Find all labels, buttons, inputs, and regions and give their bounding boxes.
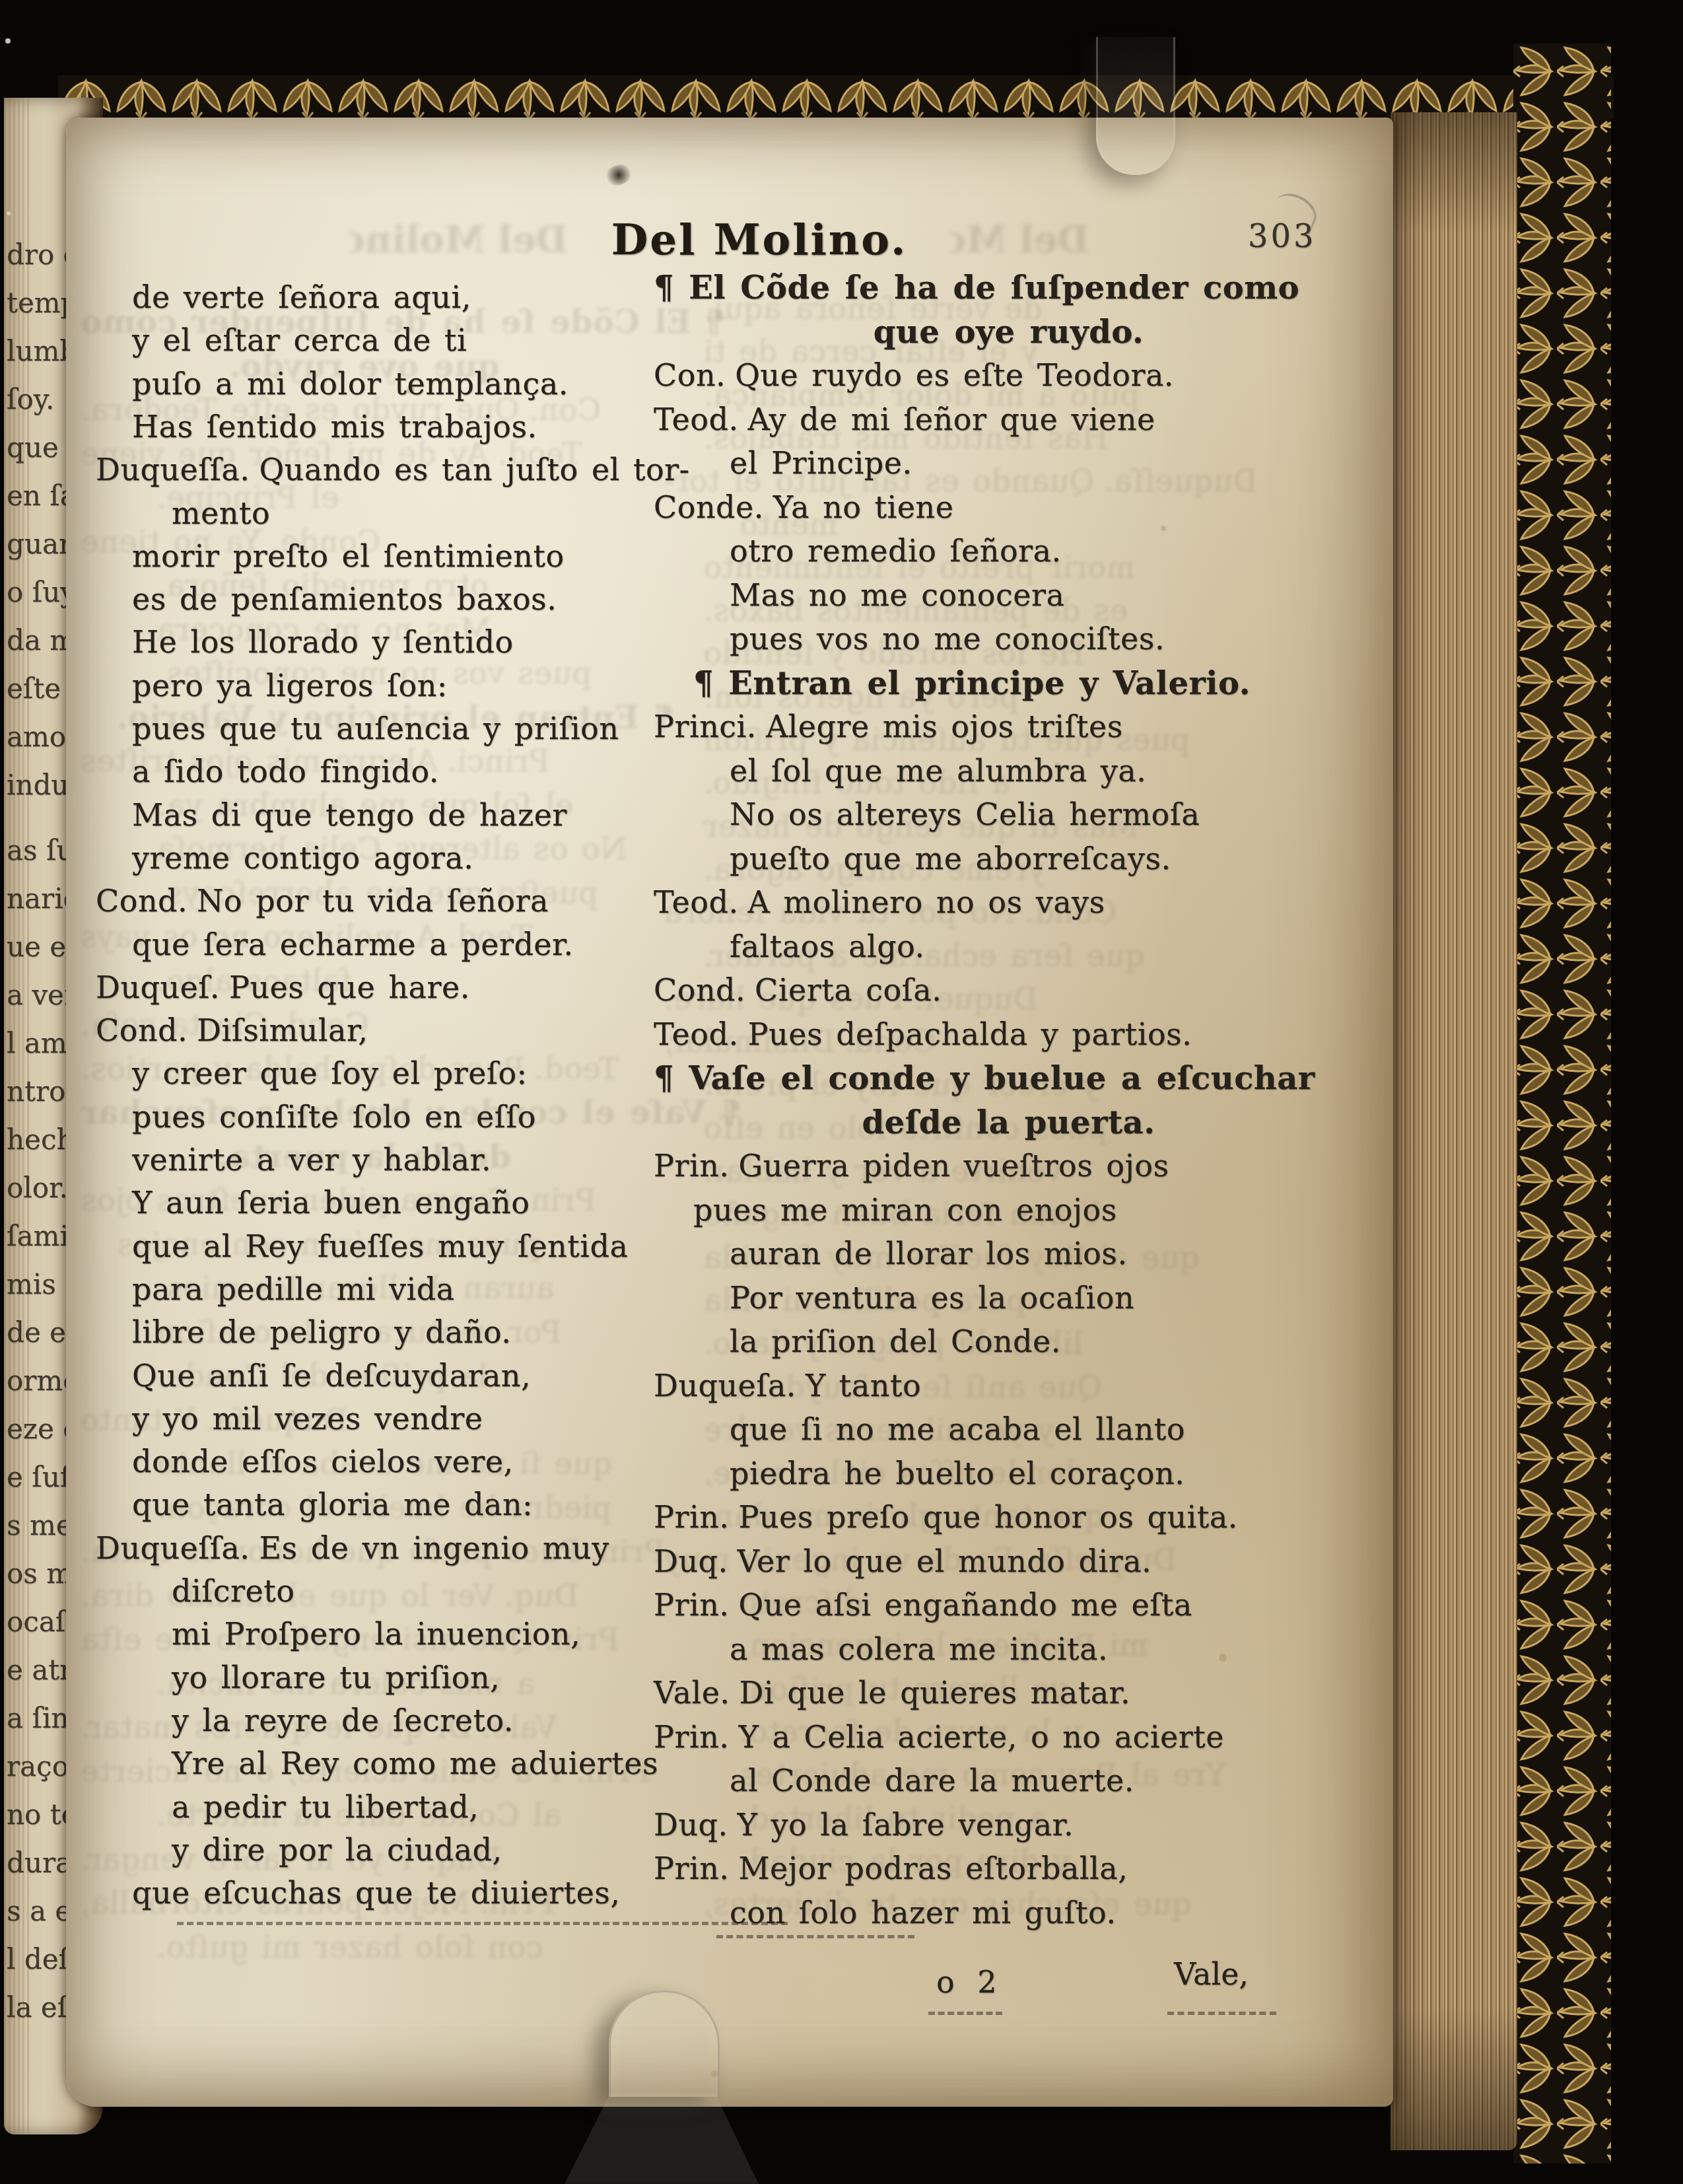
verse-line: Con.Que ruydo es eſte Teodora. bbox=[654, 357, 1174, 393]
gilt-binding-band-right bbox=[1513, 44, 1611, 2164]
verse-line: la priſion del Conde. bbox=[730, 1323, 1061, 1359]
verse-line: Prin.Que aſsi engañando me eſta bbox=[654, 1587, 1192, 1623]
verse-line: que eſcuchas que te diuiertes, bbox=[132, 1875, 621, 1911]
verse-line: que ſi no me acaba el llanto bbox=[730, 1411, 1185, 1447]
bleedthrough-rule bbox=[928, 2012, 1002, 2015]
verse-line: y la reyre de ſecreto. bbox=[172, 1703, 514, 1738]
verse-line: que tanta gloria me dan: bbox=[132, 1487, 533, 1522]
bleedthrough-ghost-line: con ſolo hazer mi guſto. bbox=[156, 1929, 543, 1965]
page-holder-clip-top bbox=[1096, 37, 1175, 175]
ink-smudge bbox=[601, 161, 635, 189]
verse-line: donde eſſos cielos vere, bbox=[132, 1444, 514, 1479]
verse-line: Que anſi ſe deſcuydaran, bbox=[132, 1358, 531, 1393]
speaker-label: Duqueſa. bbox=[654, 1368, 806, 1403]
verse-line: Yre al Rey como me aduiertes bbox=[172, 1745, 658, 1781]
verse-line: Duq.Ver lo que el mundo dira. bbox=[654, 1543, 1151, 1579]
page-holder-clip-bottom-base bbox=[563, 2094, 761, 2184]
verse-line: Duqueſſa.Quando es tan juſto el tor- bbox=[96, 452, 690, 487]
verse-line: Duqueſ.Pues que hare. bbox=[96, 969, 470, 1005]
margin-fragment: ſoy. bbox=[7, 383, 54, 415]
verse-line: Prin.Y a Celia acierte, o no acierte bbox=[654, 1719, 1224, 1755]
verse-line: Prin.Mejor podras eſtorballa, bbox=[654, 1850, 1128, 1886]
speaker-label: Prin. bbox=[654, 1587, 738, 1623]
verse-line: Prin.Pues preſo que honor os quita. bbox=[654, 1499, 1238, 1535]
verse-line: pero ya ligeros ſon: bbox=[132, 668, 448, 703]
verse-line: yreme contigo agora. bbox=[132, 840, 473, 876]
verse-line: Conde.Ya no tiene bbox=[654, 489, 953, 525]
speaker-label: Teod. bbox=[654, 1016, 748, 1052]
verse-line: a pedir tu libertad, bbox=[172, 1789, 479, 1825]
speaker-label: Duqueſſa. bbox=[1094, 463, 1257, 499]
verse-line: y el eſtar cerca de ti bbox=[132, 322, 467, 358]
speaker-label: Cond. bbox=[96, 883, 197, 919]
speaker-label: Teod. bbox=[654, 884, 748, 920]
verse-line: No os altereys Celia hermoſa bbox=[730, 796, 1200, 832]
verse-line: y yo mil vezes vendre bbox=[132, 1401, 483, 1436]
verse-line: diſcreto bbox=[172, 1573, 294, 1609]
speaker-label: Princi. bbox=[438, 743, 550, 779]
stage-direction: ¶ El Cõde ſe ha de ſuſpender como bbox=[654, 269, 1299, 306]
speaker-label: Duq. bbox=[495, 1578, 579, 1613]
verse-line: pues vos no me conociſtes. bbox=[730, 621, 1165, 656]
verse-line: Duqueſſa.Es de vn ingenio muy bbox=[96, 1530, 609, 1566]
verse-line: libre de peligro y daño. bbox=[132, 1314, 511, 1350]
verse-line: que al Rey fueſſes muy ſentida bbox=[132, 1228, 628, 1264]
verse-line: morir preſto el ſentimiento bbox=[132, 538, 565, 574]
verse-line: pueſto que me aborreſcays. bbox=[730, 841, 1171, 876]
speaker-label: Prin. bbox=[654, 1499, 738, 1535]
verse-line: Duqueſa.Y tanto bbox=[654, 1368, 921, 1403]
verse-line: auran de llorar los mios. bbox=[730, 1236, 1128, 1271]
stage-direction: ¶ Entran el principe y Valerio. bbox=[693, 665, 1251, 702]
verse-line: venirte a ver y hablar. bbox=[132, 1142, 491, 1178]
verse-line: Vale.Di que le quieres matar. bbox=[654, 1675, 1130, 1710]
verse-line: Y aun ſeria buen engaño bbox=[132, 1185, 530, 1220]
speaker-label: Prin. bbox=[654, 1850, 738, 1886]
speaker-label: Prin. bbox=[654, 1719, 738, 1755]
verse-line: Teod.A molinero no os vays bbox=[654, 884, 1105, 920]
margin-fragment: olor. bbox=[7, 1172, 68, 1204]
stage-direction: ¶ Vaſe el conde y buelue a eſcuchar bbox=[654, 1060, 1315, 1097]
speaker-label: Vale. bbox=[654, 1675, 739, 1710]
verse-line: el Principe. bbox=[730, 445, 912, 481]
book-page: Del Molino. Del Molino. Del Molino. 303 … bbox=[66, 118, 1393, 2107]
verse-line: Mas di que tengo de hazer bbox=[132, 797, 567, 833]
bleedthrough-rule bbox=[177, 1922, 788, 1925]
speaker-label: Duq. bbox=[654, 1543, 738, 1579]
signature-mark: o 2 bbox=[936, 1964, 1004, 2000]
verse-line: Por ventura es la ocaſion bbox=[730, 1280, 1134, 1316]
verse-line: mento bbox=[172, 495, 270, 531]
bleedthrough-rule bbox=[1167, 2012, 1276, 2015]
speaker-label: Cond. bbox=[654, 972, 755, 1008]
gilt-binding-band-top bbox=[58, 75, 1614, 119]
verse-line: el ſol que me alumbra ya. bbox=[730, 753, 1146, 789]
speaker-label: Duqueſſa. bbox=[96, 1530, 259, 1566]
verse-line: Cond.No por tu vida ſeñora bbox=[96, 883, 549, 919]
speaker-label: Duq. bbox=[654, 1807, 738, 1843]
verse-line: Mas no me conocera bbox=[730, 577, 1064, 613]
verse-line: Cond.Diſsimular, bbox=[96, 1012, 368, 1048]
book-fore-edge bbox=[1391, 112, 1517, 2150]
running-title: Del Molino. bbox=[528, 215, 990, 265]
speaker-label: Prin. bbox=[654, 1148, 738, 1183]
speaker-label: Duqueſ. bbox=[96, 969, 229, 1005]
verse-line: faltaos algo. bbox=[730, 929, 925, 964]
verse-line: Cond.Cierta coſa. bbox=[654, 972, 942, 1008]
dust-speck bbox=[5, 38, 11, 44]
catchword: Vale, bbox=[1174, 1956, 1249, 1992]
verse-line: Princi.Alegre mis ojos triſtes bbox=[654, 709, 1123, 744]
speaker-label: Duqueſſa. bbox=[96, 452, 259, 487]
verse-line: de verte ſeñora aqui, bbox=[132, 279, 471, 315]
verse-line: Teod.Pues deſpachalda y partios. bbox=[654, 1016, 1192, 1052]
verse-line: Teod.Ay de mi ſeñor que viene bbox=[654, 402, 1155, 437]
verse-line: pues que tu auſencia y priſion bbox=[132, 711, 619, 746]
bleedthrough-ghost-line: Duq.Ver lo que el mundo dira. bbox=[81, 1578, 578, 1613]
verse-line: y dire por la ciudad, bbox=[172, 1832, 502, 1868]
verse-line: al Conde dare la muerte. bbox=[730, 1763, 1134, 1798]
speaker-label: Conde. bbox=[654, 489, 773, 525]
stage-direction: deſde la puerta. bbox=[654, 1104, 1363, 1141]
verse-line: He los llorado y ſentido bbox=[132, 624, 514, 660]
verse-line: para pedille mi vida bbox=[132, 1271, 455, 1307]
verse-line: Prin.Guerra piden vueſtros ojos bbox=[654, 1148, 1169, 1183]
verse-line: Duq.Y yo la ſabre vengar. bbox=[654, 1807, 1074, 1843]
speaker-label: Teod. bbox=[525, 1051, 619, 1086]
dust-speck bbox=[7, 211, 11, 215]
stage-direction: que oye ruydo. bbox=[654, 314, 1363, 351]
verse-line: y creer que ſoy el preſo: bbox=[132, 1055, 528, 1091]
verse-line: pues me miran con enojos bbox=[693, 1192, 1117, 1228]
foxing-spots bbox=[66, 118, 69, 120]
verse-line: piedra he buelto el coraçon. bbox=[730, 1456, 1185, 1491]
page-holder-clip-bottom bbox=[609, 1990, 720, 2097]
verse-line: otro remedio ſeñora. bbox=[730, 533, 1062, 569]
verse-line: pues conſiſte ſolo en eſſo bbox=[132, 1099, 536, 1135]
verse-line: a ſido todo fingido. bbox=[132, 754, 439, 789]
bleedthrough-rule bbox=[716, 1935, 914, 1938]
speaker-label: Cond. bbox=[96, 1012, 197, 1048]
verse-line: es de penſamientos baxos. bbox=[132, 581, 557, 617]
speaker-label: Teod. bbox=[654, 402, 748, 437]
verse-line: mi Proſpero la inuencion, bbox=[172, 1616, 580, 1652]
verse-line: yo llorare tu priſion, bbox=[172, 1660, 500, 1695]
verse-line: que ſera echarme a perder. bbox=[132, 927, 574, 962]
verse-line: puſo a mi dolor templança. bbox=[132, 366, 568, 402]
verse-line: a mas colera me incita. bbox=[730, 1631, 1108, 1667]
speaker-label: Con. bbox=[654, 357, 735, 393]
speaker-label: Princi. bbox=[654, 709, 766, 744]
verse-line: Has ſentido mis trabajos. bbox=[132, 409, 537, 444]
